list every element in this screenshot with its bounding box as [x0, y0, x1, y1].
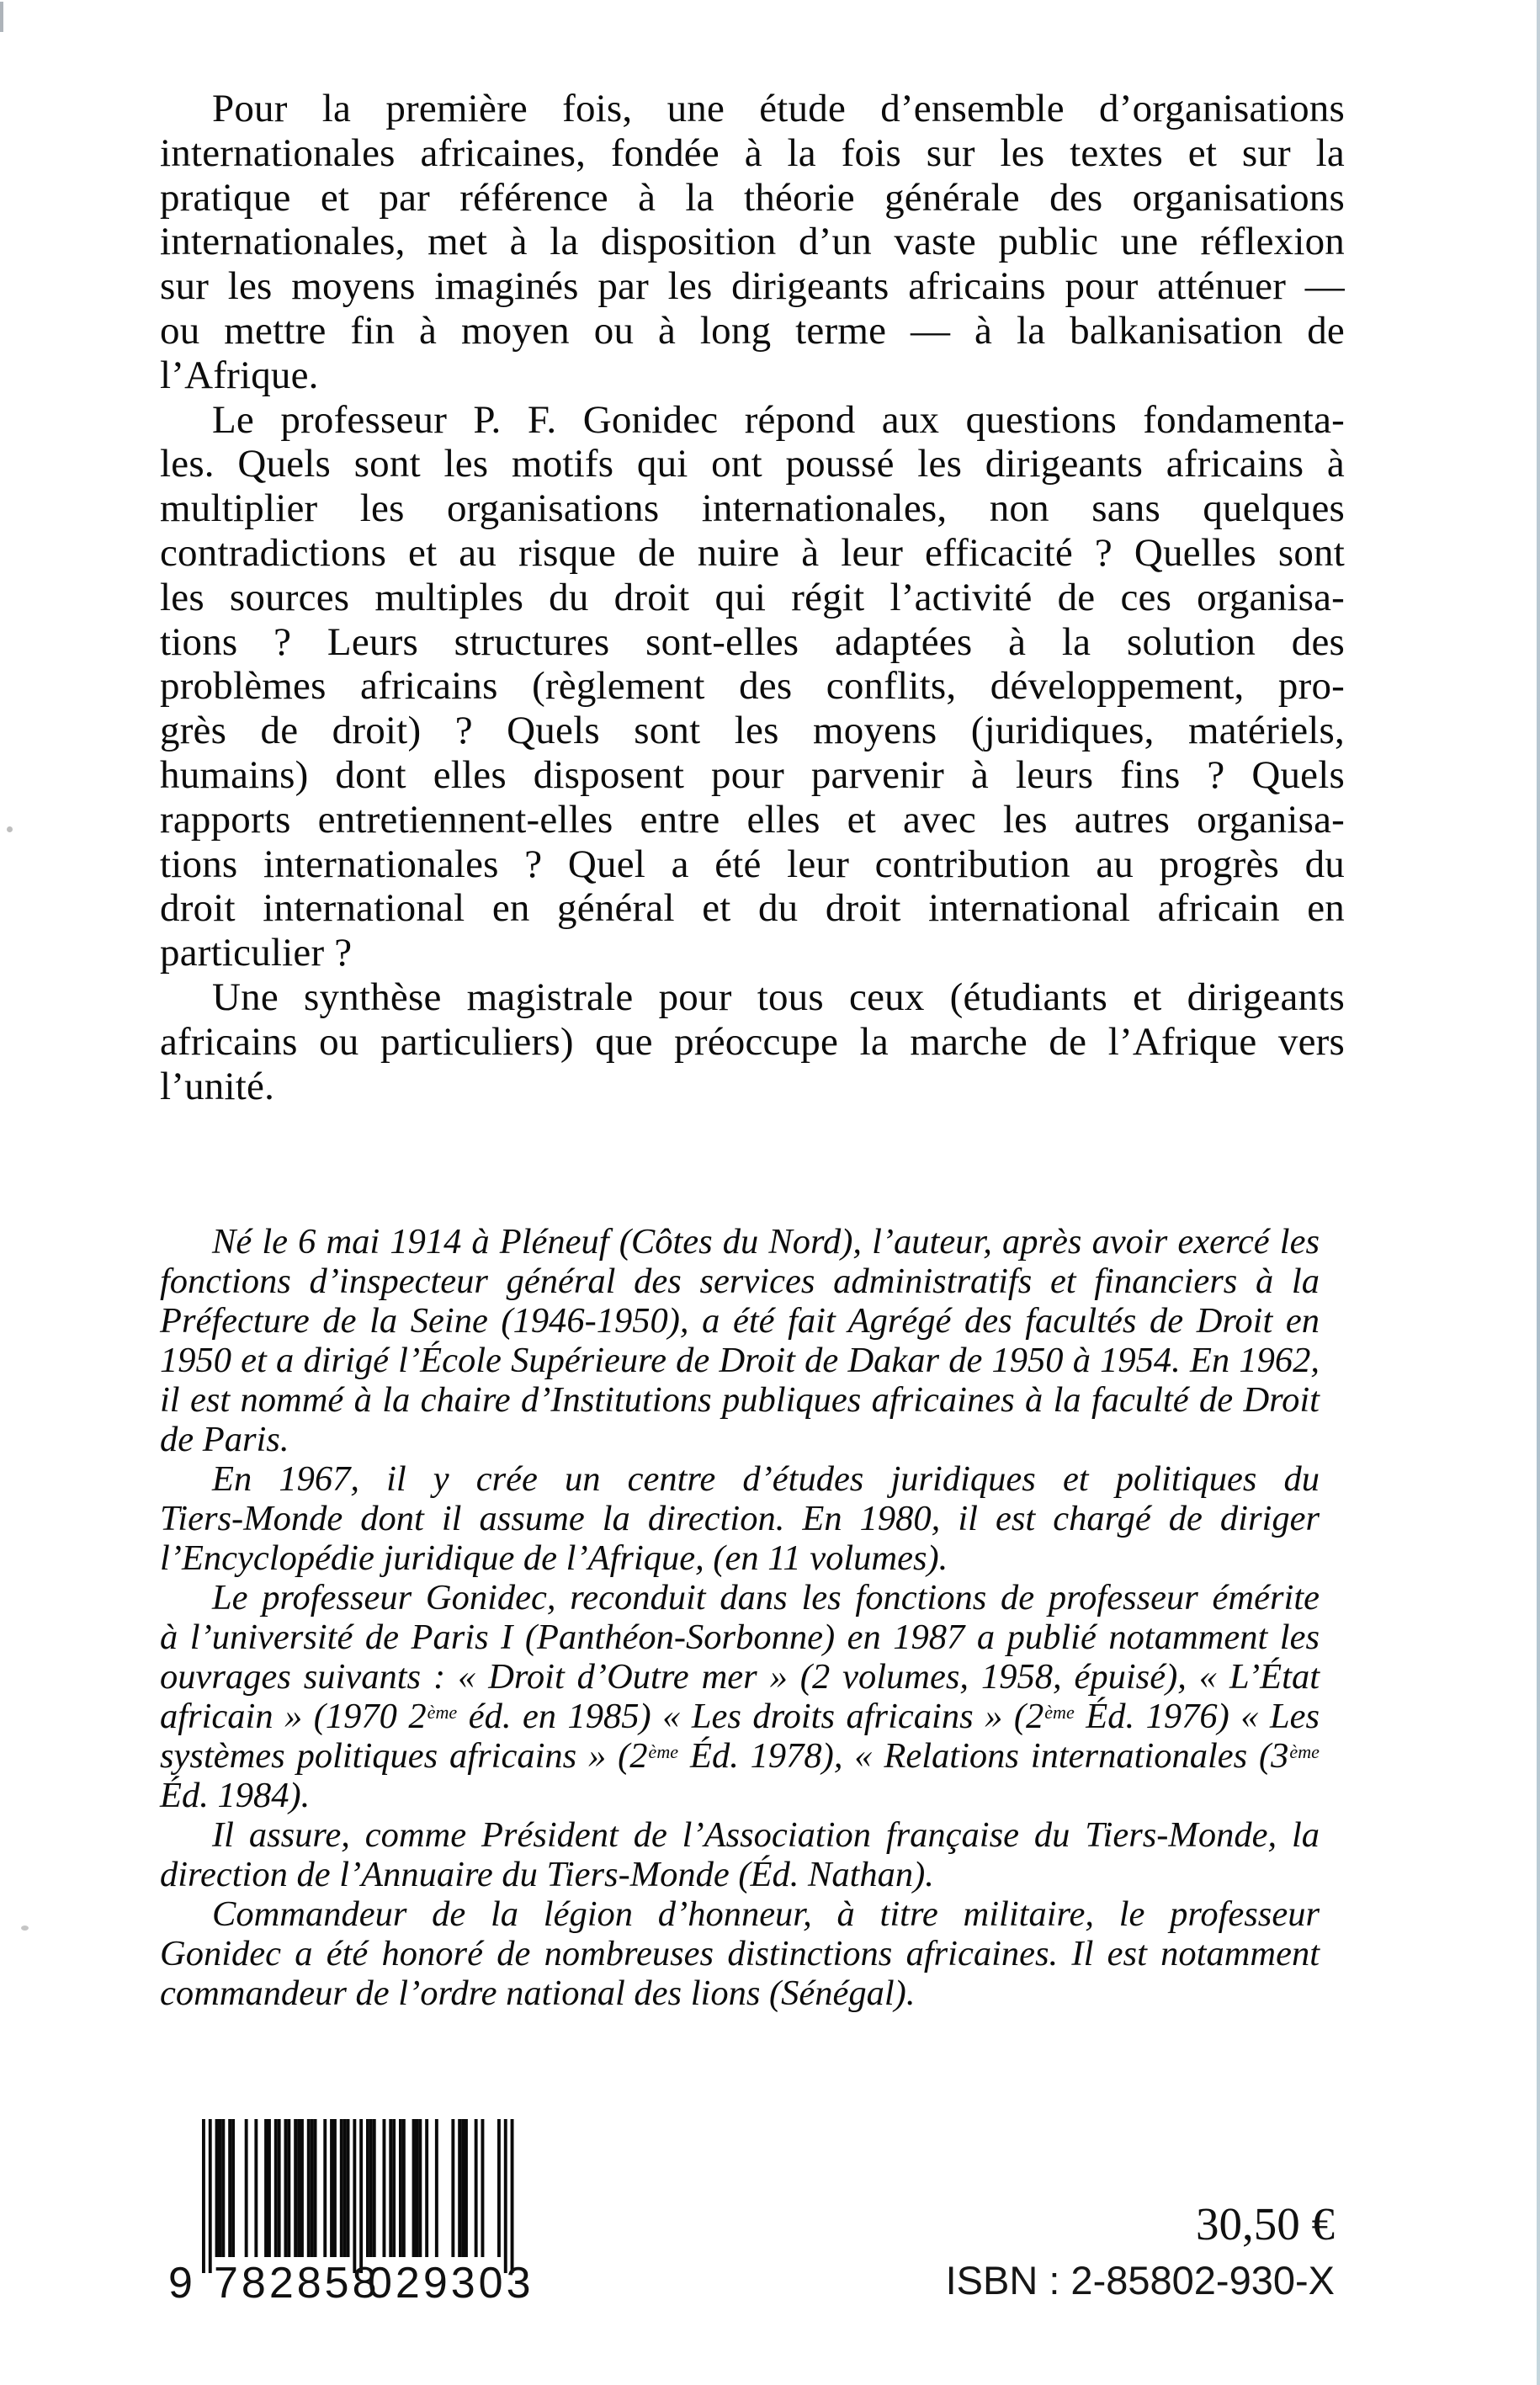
text-line: tions ? Leurs structures sont-elles adap…: [160, 620, 1345, 665]
text-line: internationales africaines, fondée à la …: [160, 131, 1345, 176]
text-line: africains ou particuliers) que préoccupe…: [160, 1020, 1345, 1065]
text-line: problèmes africains (règlement des confl…: [160, 664, 1345, 709]
text-line: systèmes politiques africains » (2ème Éd…: [160, 1736, 1320, 1776]
price: 30,50 €: [946, 2198, 1335, 2250]
paragraph: Le professeur Gonidec, reconduit dans le…: [160, 1578, 1320, 1815]
scan-edge-right: [1537, 0, 1540, 2385]
text-line: ouvrages suivants : « Droit d’Outre mer …: [160, 1657, 1320, 1697]
text-line: il est nommé à la chaire d’Institutions …: [160, 1380, 1320, 1420]
text-line: Né le 6 mai 1914 à Pléneuf (Côtes du Nor…: [160, 1222, 1320, 1262]
text-line: ou mettre fin à moyen ou à long terme — …: [160, 309, 1345, 353]
text-line: l’Afrique.: [160, 353, 1345, 398]
text-line: direction de l’Annuaire du Tiers-Monde (…: [160, 1855, 1320, 1894]
text-line: droit international en général et du dro…: [160, 886, 1345, 931]
text-line: contradictions et au risque de nuire à l…: [160, 531, 1345, 576]
paragraph: Pour la première fois, une étude d’ensem…: [160, 87, 1345, 398]
text-line: Le professeur Gonidec, reconduit dans le…: [160, 1578, 1320, 1617]
text-line: Pour la première fois, une étude d’ensem…: [160, 87, 1345, 131]
text-line: les sources multiples du droit qui régit…: [160, 576, 1345, 620]
text-line: internationales, met à la disposition d’…: [160, 220, 1345, 264]
text-line: humains) dont elles disposent pour parve…: [160, 753, 1345, 798]
text-line: africain » (1970 2ème éd. en 1985) « Les…: [160, 1697, 1320, 1736]
paragraph: Le professeur P. F. Gonidec répond aux q…: [160, 398, 1345, 975]
barcode-right-group: 029303: [368, 2260, 502, 2306]
paragraph: Une synthèse magistrale pour tous ceux (…: [160, 975, 1345, 1108]
text-line: Il assure, comme Président de l’Associat…: [160, 1815, 1320, 1855]
text-line: tions internationales ? Quel a été leur …: [160, 842, 1345, 887]
text-line: Gonidec a été honoré de nombreuses disti…: [160, 1934, 1320, 1973]
text-line: pratique et par référence à la théorie g…: [160, 176, 1345, 220]
paragraph: Commandeur de la légion d’honneur, à tit…: [160, 1894, 1320, 2013]
book-back-cover: Pour la première fois, une étude d’ensem…: [0, 0, 1540, 2385]
isbn: ISBN : 2-85802-930-X: [946, 2257, 1335, 2304]
price-isbn-block: 30,50 € ISBN : 2-85802-930-X: [946, 2198, 1335, 2304]
text-line: particulier ?: [160, 931, 1345, 975]
text-line: Tiers-Monde dont il assume la direction.…: [160, 1499, 1320, 1538]
scan-speck: [21, 1926, 29, 1931]
scan-speck: [7, 826, 13, 832]
scan-artifact-tick: [0, 2, 3, 32]
text-line: les. Quels sont les motifs qui ont pouss…: [160, 442, 1345, 486]
text-line: commandeur de l’ordre national des lions…: [160, 1973, 1320, 2013]
author-bio-text: Né le 6 mai 1914 à Pléneuf (Côtes du Nor…: [160, 1222, 1320, 2013]
text-line: rapports entretiennent-elles entre elles…: [160, 798, 1345, 842]
text-line: l’Encyclopédie juridique de l’Afrique, (…: [160, 1538, 1320, 1578]
barcode-left-group: 782858: [214, 2260, 348, 2306]
text-line: à l’université de Paris I (Panthéon-Sorb…: [160, 1617, 1320, 1657]
synopsis-text: Pour la première fois, une étude d’ensem…: [160, 87, 1345, 1108]
text-line: Le professeur P. F. Gonidec répond aux q…: [160, 398, 1345, 443]
text-line: 1950 et a dirigé l’École Supérieure de D…: [160, 1341, 1320, 1380]
text-line: multiplier les organisations internation…: [160, 486, 1345, 531]
text-line: l’unité.: [160, 1065, 1345, 1109]
text-line: Commandeur de la légion d’honneur, à tit…: [160, 1894, 1320, 1934]
text-line: En 1967, il y crée un centre d’études ju…: [160, 1459, 1320, 1499]
text-line: Éd. 1984).: [160, 1776, 1320, 1815]
text-line: Préfecture de la Seine (1946-1950), a ét…: [160, 1301, 1320, 1341]
text-line: grès de droit) ? Quels sont les moyens (…: [160, 709, 1345, 753]
paragraph: Il assure, comme Président de l’Associat…: [160, 1815, 1320, 1894]
barcode-first-digit: 9: [168, 2260, 202, 2306]
paragraph: Né le 6 mai 1914 à Pléneuf (Côtes du Nor…: [160, 1222, 1320, 1459]
text-line: Une synthèse magistrale pour tous ceux (…: [160, 975, 1345, 1020]
paragraph: En 1967, il y crée un centre d’études ju…: [160, 1459, 1320, 1578]
text-line: fonctions d’inspecteur général des servi…: [160, 1262, 1320, 1301]
ean13-barcode: [202, 2119, 555, 2276]
text-line: de Paris.: [160, 1420, 1320, 1459]
text-line: sur les moyens imaginés par les dirigean…: [160, 264, 1345, 309]
